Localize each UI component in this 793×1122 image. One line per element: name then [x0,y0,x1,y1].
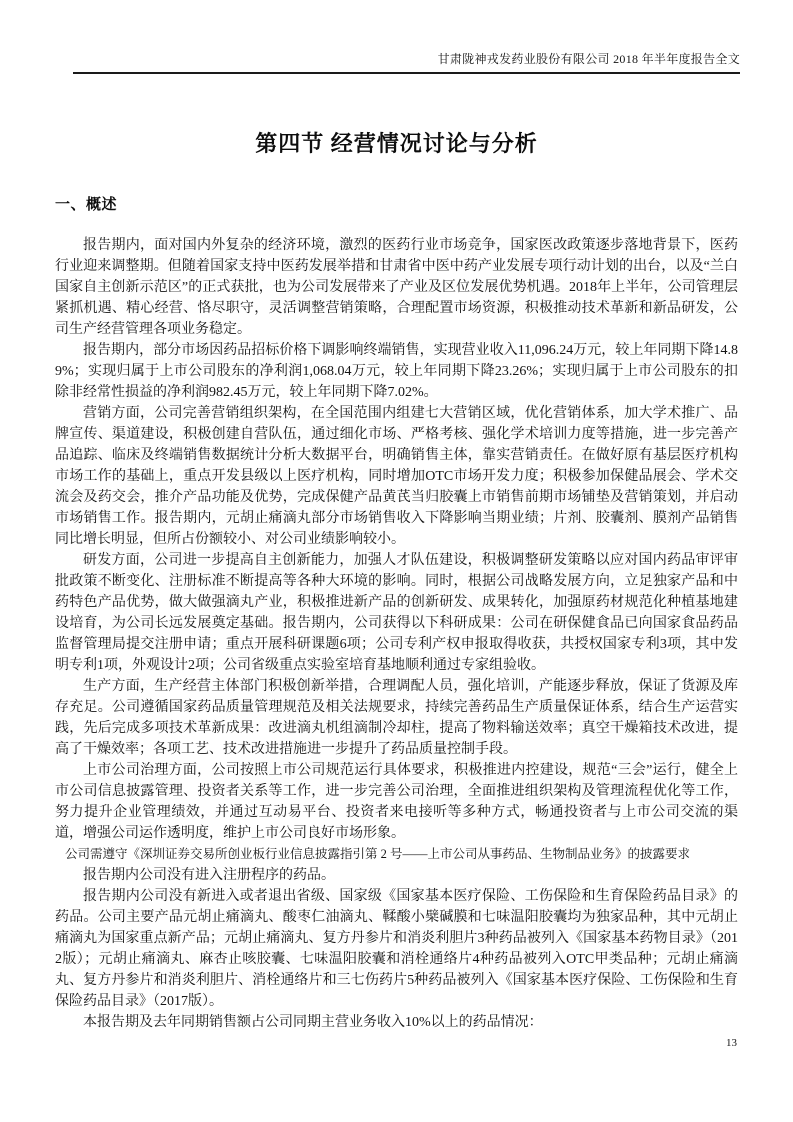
paragraph-production: 生产方面，生产经营主体部门积极创新举措，合理调配人员，强化培训，产能逐步释放，保… [55,676,738,760]
paragraph-rnd: 研发方面，公司进一步提高自主创新能力，加强人才队伍建设，积极调整研发策略以应对国… [55,550,738,676]
paragraph-catalog-status: 报告期内公司没有新进入或者退出省级、国家级《国家基本医疗保险、工伤保险和生育保险… [55,886,738,1012]
chapter-title: 第四节 经营情况讨论与分析 [0,127,793,158]
paragraph-governance: 上市公司治理方面，公司按照上市公司规范运行具体要求，积极推进内控建设，规范“三会… [55,760,738,844]
section-heading-overview: 一、概述 [55,193,738,214]
paragraph-major-drugs-intro: 本报告期及去年同期销售额占公司同期主营业务收入10%以上的药品情况： [55,1012,738,1033]
paragraph-registration-status: 报告期内公司没有进入注册程序的药品。 [55,865,738,886]
report-page: 甘肃陇神戎发药业股份有限公司 2018 年半年度报告全文 第四节 经营情况讨论与… [0,0,793,1122]
paragraph-financial-results: 报告期内，部分市场因药品招标价格下调影响终端销售，实现营业收入11,096.24… [55,340,738,403]
paragraph-overview-1: 报告期内，面对国内外复杂的经济环境，激烈的医药行业市场竞争，国家医改政策逐步落地… [55,235,738,340]
page-number: 13 [726,1037,737,1049]
paragraph-marketing: 营销方面，公司完善营销组织架构，在全国范围内组建七大营销区域，优化营销体系，加大… [55,403,738,550]
running-header: 甘肃陇神戎发药业股份有限公司 2018 年半年度报告全文 [73,50,740,74]
disclosure-requirement-note: 公司需遵守《深圳证券交易所创业板行业信息披露指引第 2 号——上市公司从事药品、… [55,844,738,865]
content-area: 一、概述 报告期内，面对国内外复杂的经济环境，激烈的医药行业市场竞争，国家医改政… [55,193,738,1033]
